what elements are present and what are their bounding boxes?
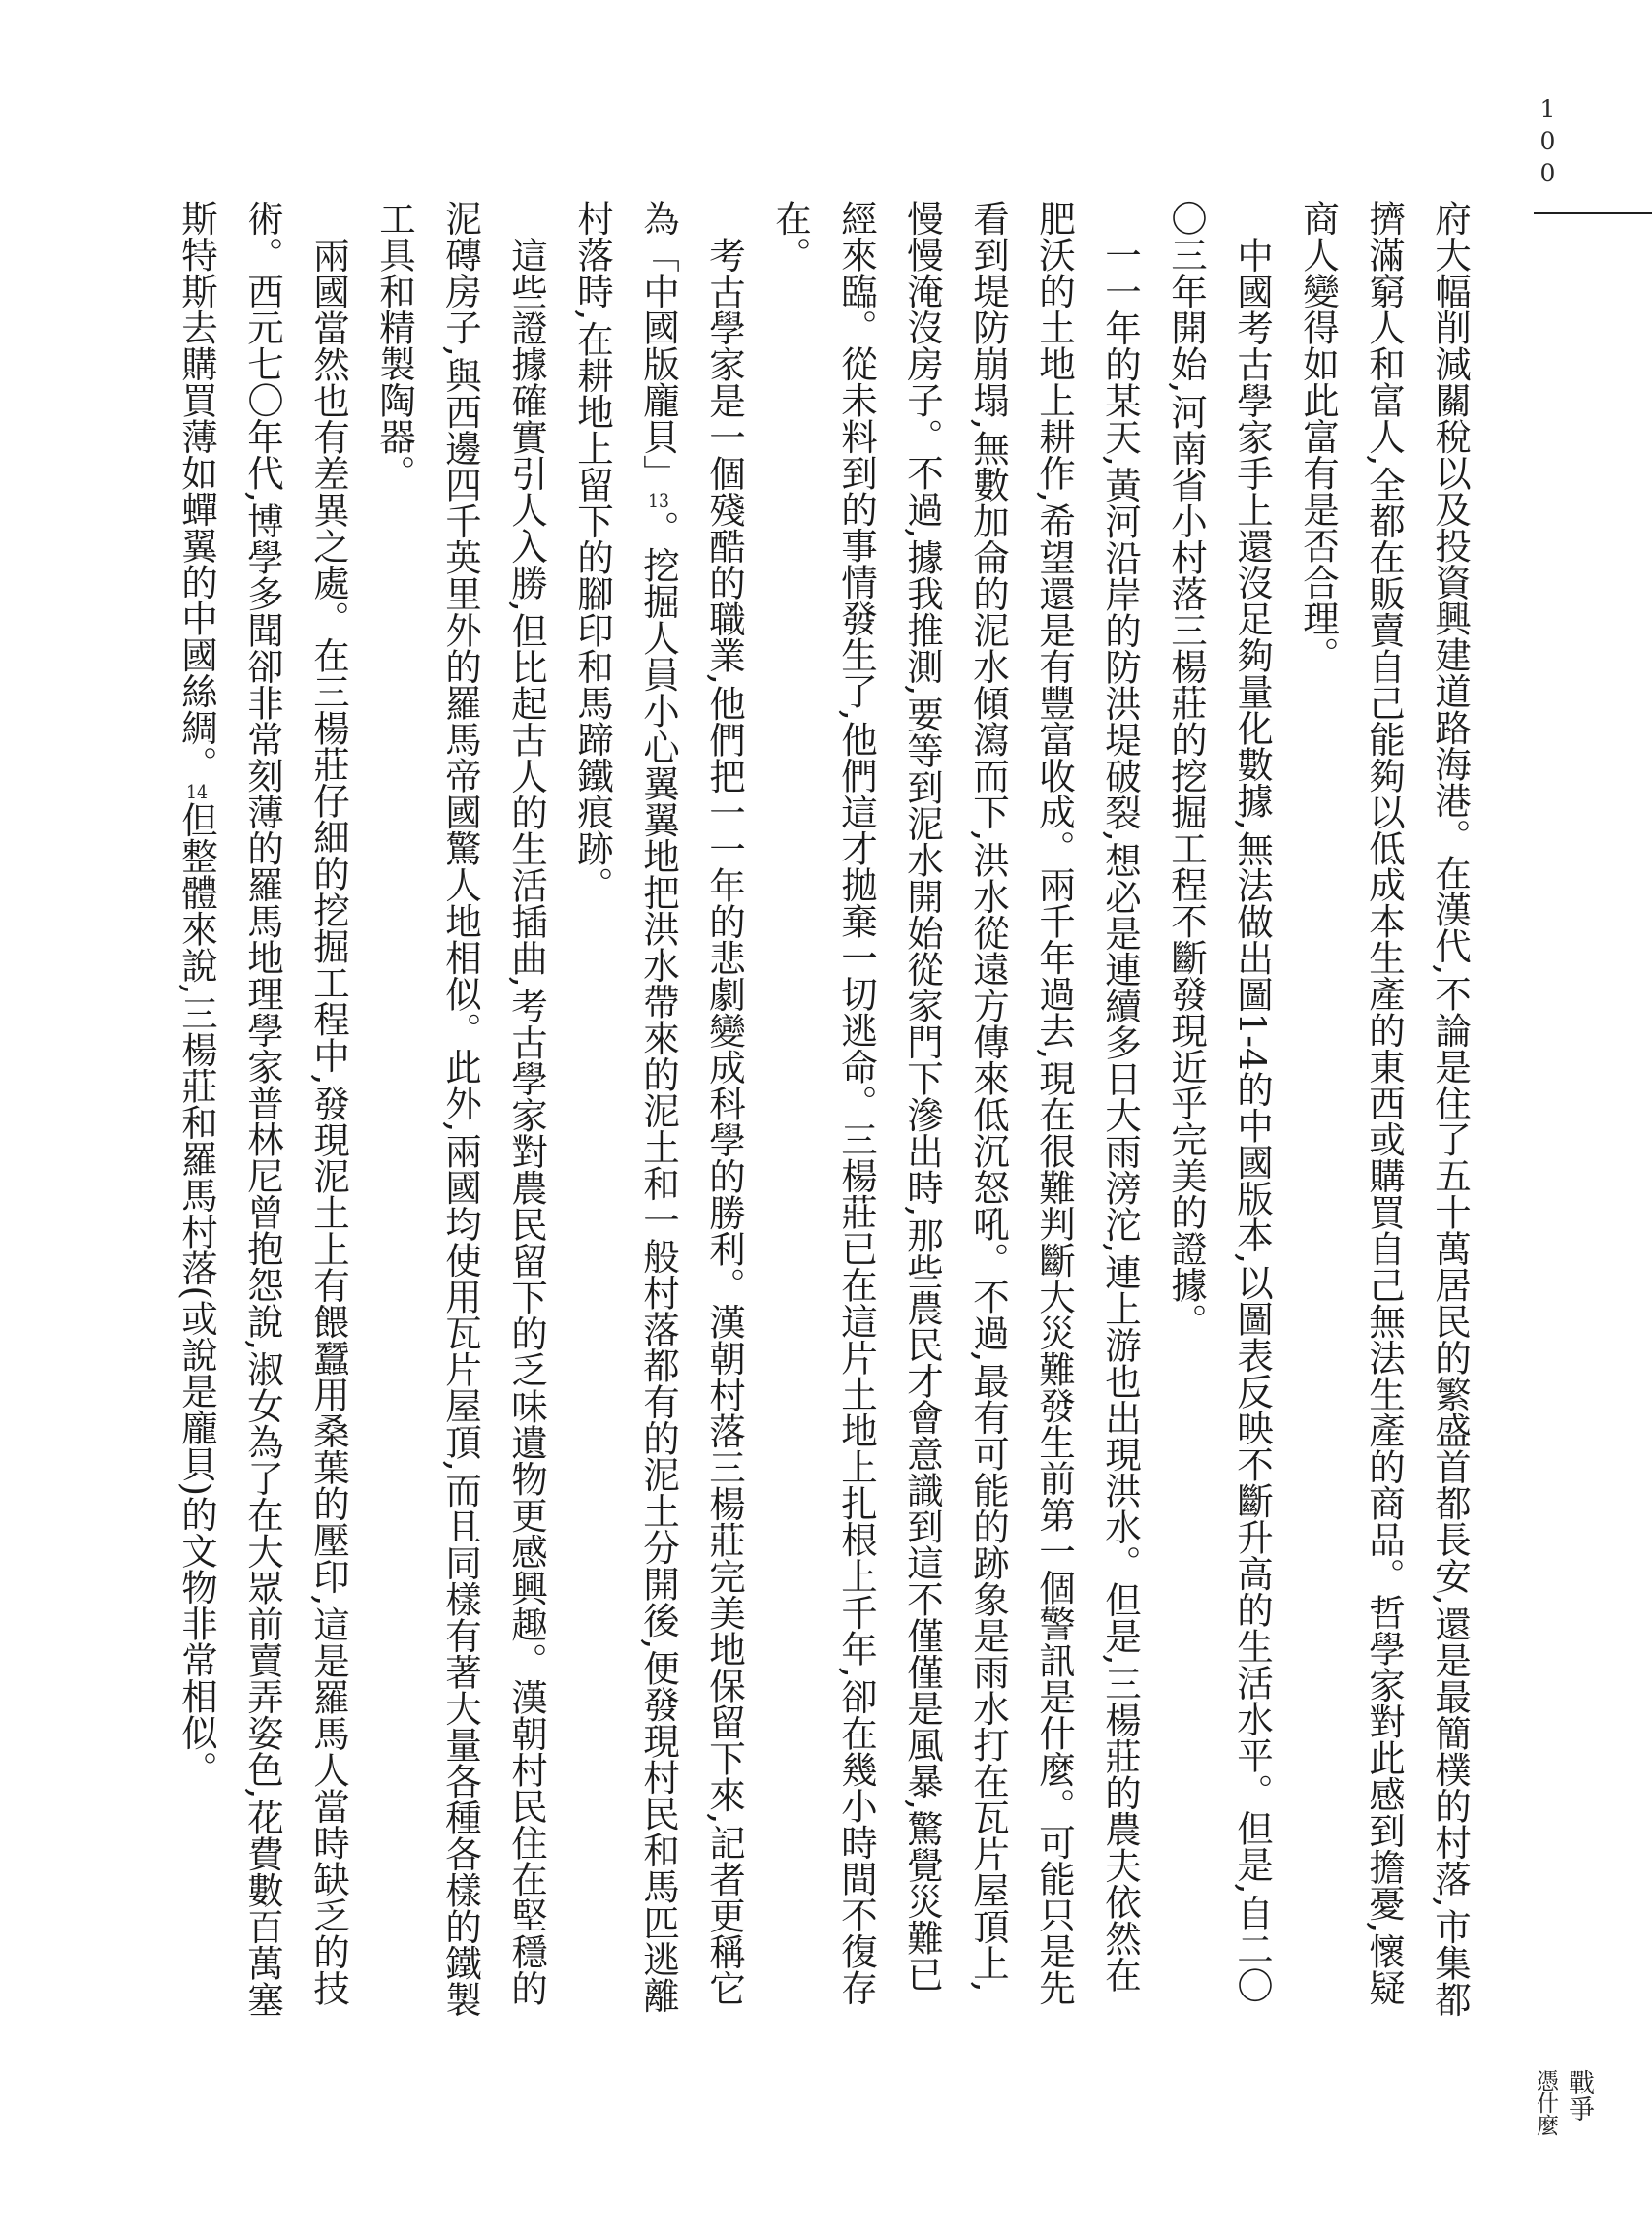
paragraph-text: 一一年的某天,黃河沿岸的防洪堤破裂,想必是連續多日大雨滂沱,連上游也出現洪水。但… [769, 200, 1142, 2005]
paragraph: 兩國當然也有差異之處。在三楊莊仔細的挖掘工程中,發現泥土上有餵蠶用桑葉的壓印,這… [164, 200, 362, 2027]
paragraph: 府大幅削減關稅以及投資興建道路海港。在漢代,不論是住了五十萬居民的繁盛首都長安,… [1285, 200, 1483, 2027]
running-title: 戰爭 憑什麼 [1529, 2069, 1595, 2136]
footnote-ref-13: 13 [647, 491, 670, 510]
running-title-line-2: 憑什麼 [1529, 2069, 1562, 2136]
paragraph: 考古學家是一個殘酷的職業,他們把一一年的悲劇變成科學的勝利。漢朝村落三楊莊完美地… [560, 200, 758, 2027]
running-title-line-1: 戰爭 [1562, 2069, 1595, 2136]
paragraph: 中國考古學家手上還沒足夠量化數據,無法做出圖1-4的中國版本,以圖表反映不斷升高… [1153, 200, 1285, 2027]
footnote-ref-14: 14 [185, 782, 209, 801]
paragraph-text: 這些證據確實引人入勝,但比起古人的生活插曲,考古學家對農民留下的乏味遺物更感興趣… [373, 200, 548, 2017]
body-text: 府大幅削減關稅以及投資興建道路海港。在漢代,不論是住了五十萬居民的繁盛首都長安,… [164, 200, 1483, 2027]
paragraph: 這些證據確實引人入勝,但比起古人的生活插曲,考古學家對農民留下的乏味遺物更感興趣… [362, 200, 560, 2027]
paragraph-text: 但整體來說,三楊莊和羅馬村落(或說是龐貝)的文物非常相似。 [176, 801, 218, 1787]
paragraph: 一一年的某天,黃河沿岸的防洪堤破裂,想必是連續多日大雨滂沱,連上游也出現洪水。但… [758, 200, 1153, 2027]
book-page: 100 府大幅削減關稅以及投資興建道路海港。在漢代,不論是住了五十萬居民的繁盛首… [0, 0, 1652, 2238]
page-number: 100 [1536, 95, 1560, 191]
paragraph-text: 中國考古學家手上還沒足夠量化數據,無法做出圖1-4的中國版本,以圖表反映不斷升高… [1165, 200, 1274, 2003]
header-rule [1534, 212, 1652, 214]
paragraph-text: 府大幅削減關稅以及投資興建道路海港。在漢代,不論是住了五十萬居民的繁盛首都長安,… [1297, 200, 1472, 2017]
